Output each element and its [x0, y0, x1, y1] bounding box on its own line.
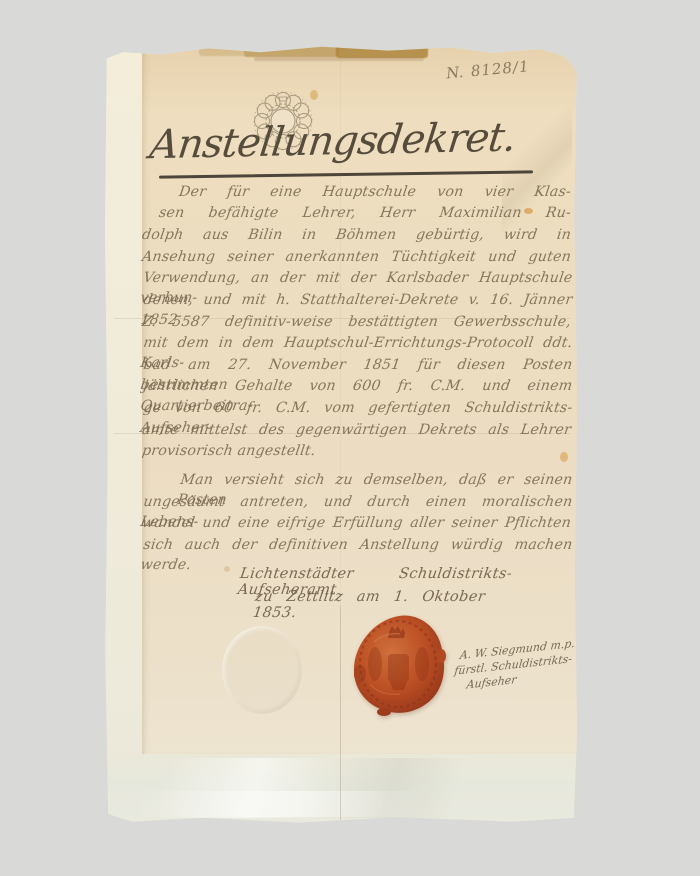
body-line: provisorisch angestellt.: [141, 441, 573, 461]
tape-stain: [254, 57, 424, 61]
body-line: Ansehung seiner anerkannten Tüchtigkeit …: [141, 247, 573, 267]
document-title: Anstellungsdekret.: [147, 114, 552, 169]
tape-stain: [199, 48, 247, 56]
body-line: Der für eine Hauptschule von vier Klas-: [178, 182, 573, 202]
body-line: wandel und eine eifrige Erfüllung aller …: [141, 513, 573, 533]
lower-sheet: [104, 754, 578, 824]
photo-background: N. 8128/1 Anstellungsdekret. Der für ein…: [0, 0, 700, 876]
body-line: Z. 5587 definitiv-weise bestättigten Gew…: [141, 312, 573, 332]
ghost-emboss-mark: [222, 626, 302, 714]
wax-seal-icon: [344, 612, 454, 716]
tape-stain: [244, 45, 339, 57]
body-line: amte mittelst des gegenwärtigen Dekrets …: [141, 420, 573, 440]
body-line: sen befähigte Lehrer, Herr Maximilian Ru…: [158, 203, 573, 223]
body-line: dolph aus Bilin in Böhmen gebürtig, wird…: [141, 225, 573, 245]
document-sheet: N. 8128/1 Anstellungsdekret. Der für ein…: [104, 46, 578, 824]
backing-sheet-edge: [104, 46, 142, 824]
vertical-fold-crease: [340, 606, 341, 821]
